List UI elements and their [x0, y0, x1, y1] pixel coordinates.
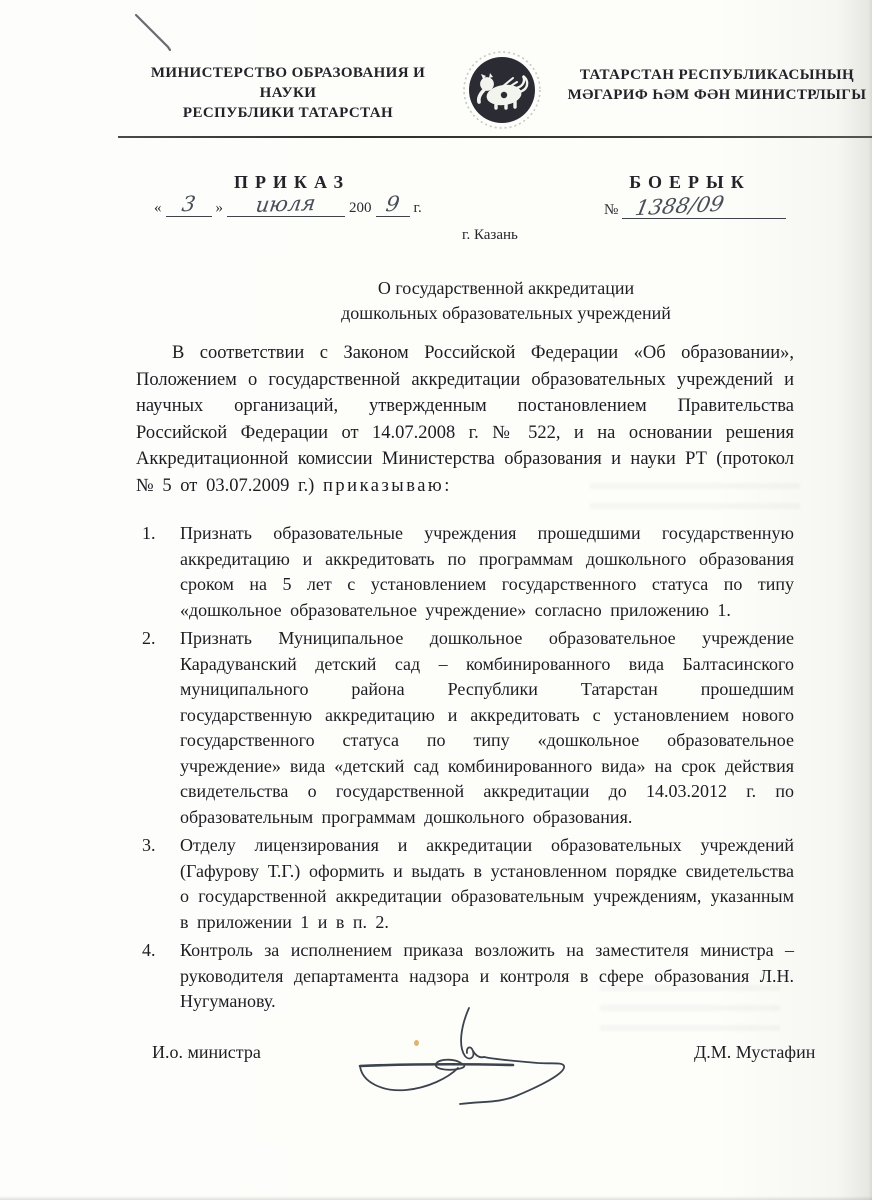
- ministry-name-russian-line2: РЕСПУБЛИКИ ТАТАРСТАН: [133, 103, 443, 123]
- subject-line1: О государственной аккредитации: [196, 276, 816, 301]
- order-number-handwritten: 1388/09: [634, 194, 726, 219]
- order-item-3-number: 3.: [142, 833, 156, 859]
- city-line: г. Казань: [462, 227, 518, 244]
- order-heading-tatar: БОЕРЫК: [570, 172, 810, 193]
- open-quote: «: [150, 200, 166, 217]
- ministry-name-russian: МИНИСТЕРСТВО ОБРАЗОВАНИЯ И НАУКИ РЕСПУБЛ…: [133, 63, 443, 123]
- intro-emphasis: приказываю:: [323, 476, 452, 496]
- order-date-line: « 3 » июля 200 9 г.: [150, 194, 426, 217]
- order-day-field: 3: [166, 194, 212, 217]
- order-item-3-text: Отделу лицензирования и аккредитации обр…: [180, 835, 794, 932]
- order-item-1-number: 1.: [142, 521, 156, 547]
- order-year-field: 9: [376, 194, 410, 217]
- intro-paragraph: В соответствии с Законом Российской Феде…: [136, 340, 794, 499]
- order-item-1: 1. Признать образовательные учреждения п…: [136, 521, 794, 623]
- order-item-2-text: Признать Муниципальное дошкольное образо…: [180, 628, 794, 827]
- tatarstan-coat-of-arms-seal-icon: [460, 48, 544, 132]
- order-item-4-number: 4.: [142, 938, 156, 964]
- order-item-1-text: Признать образовательные учреждения прош…: [180, 523, 794, 620]
- ministry-name-tatar: ТАТАРСТАН РЕСПУБЛИКАСЫНЫҢ МӘГАРИФ ҺӘМ ФӘ…: [562, 65, 872, 105]
- signatory-role: И.о. министра: [152, 1042, 261, 1063]
- handwritten-signature-icon: [348, 1000, 578, 1108]
- pen-scan-mark-icon: [130, 12, 176, 54]
- subject-title: О государственной аккредитации дошкольны…: [196, 276, 816, 326]
- scanned-order-document: МИНИСТЕРСТВО ОБРАЗОВАНИЯ И НАУКИ РЕСПУБЛ…: [0, 0, 872, 1200]
- order-heading-russian: ПРИКАЗ: [172, 172, 412, 193]
- ministry-name-russian-line1: МИНИСТЕРСТВО ОБРАЗОВАНИЯ И НАУКИ: [133, 63, 443, 103]
- order-item-2: 2. Признать Муниципальное дошкольное обр…: [136, 626, 794, 830]
- order-number-field: 1388/09: [622, 196, 786, 219]
- order-item-2-number: 2.: [142, 626, 156, 652]
- subject-line2: дошкольных образовательных учреждений: [196, 301, 816, 326]
- order-year-suffix: г.: [410, 200, 426, 217]
- order-number-line: № 1388/09: [600, 196, 786, 219]
- order-day-handwritten: 3: [180, 194, 196, 214]
- signatory-name: Д.М. Мустафин: [694, 1042, 815, 1063]
- order-items-list: 1. Признать образовательные учреждения п…: [136, 521, 794, 1018]
- close-quote: »: [212, 200, 228, 217]
- number-sign: №: [600, 202, 622, 219]
- ministry-name-tatar-line2: МӘГАРИФ ҺӘМ ФӘН МИНИСТРЛЫГЫ: [562, 85, 872, 105]
- order-month-handwritten: июля: [255, 193, 317, 215]
- intro-text: В соответствии с Законом Российской Феде…: [136, 343, 794, 496]
- order-year-printed: 200: [345, 200, 376, 217]
- ministry-name-tatar-line1: ТАТАРСТАН РЕСПУБЛИКАСЫНЫҢ: [562, 65, 872, 85]
- header-rule: [118, 136, 872, 138]
- order-year-handwritten: 9: [384, 194, 400, 214]
- order-item-3: 3. Отделу лицензирования и аккредитации …: [136, 833, 794, 935]
- order-month-field: июля: [227, 194, 345, 217]
